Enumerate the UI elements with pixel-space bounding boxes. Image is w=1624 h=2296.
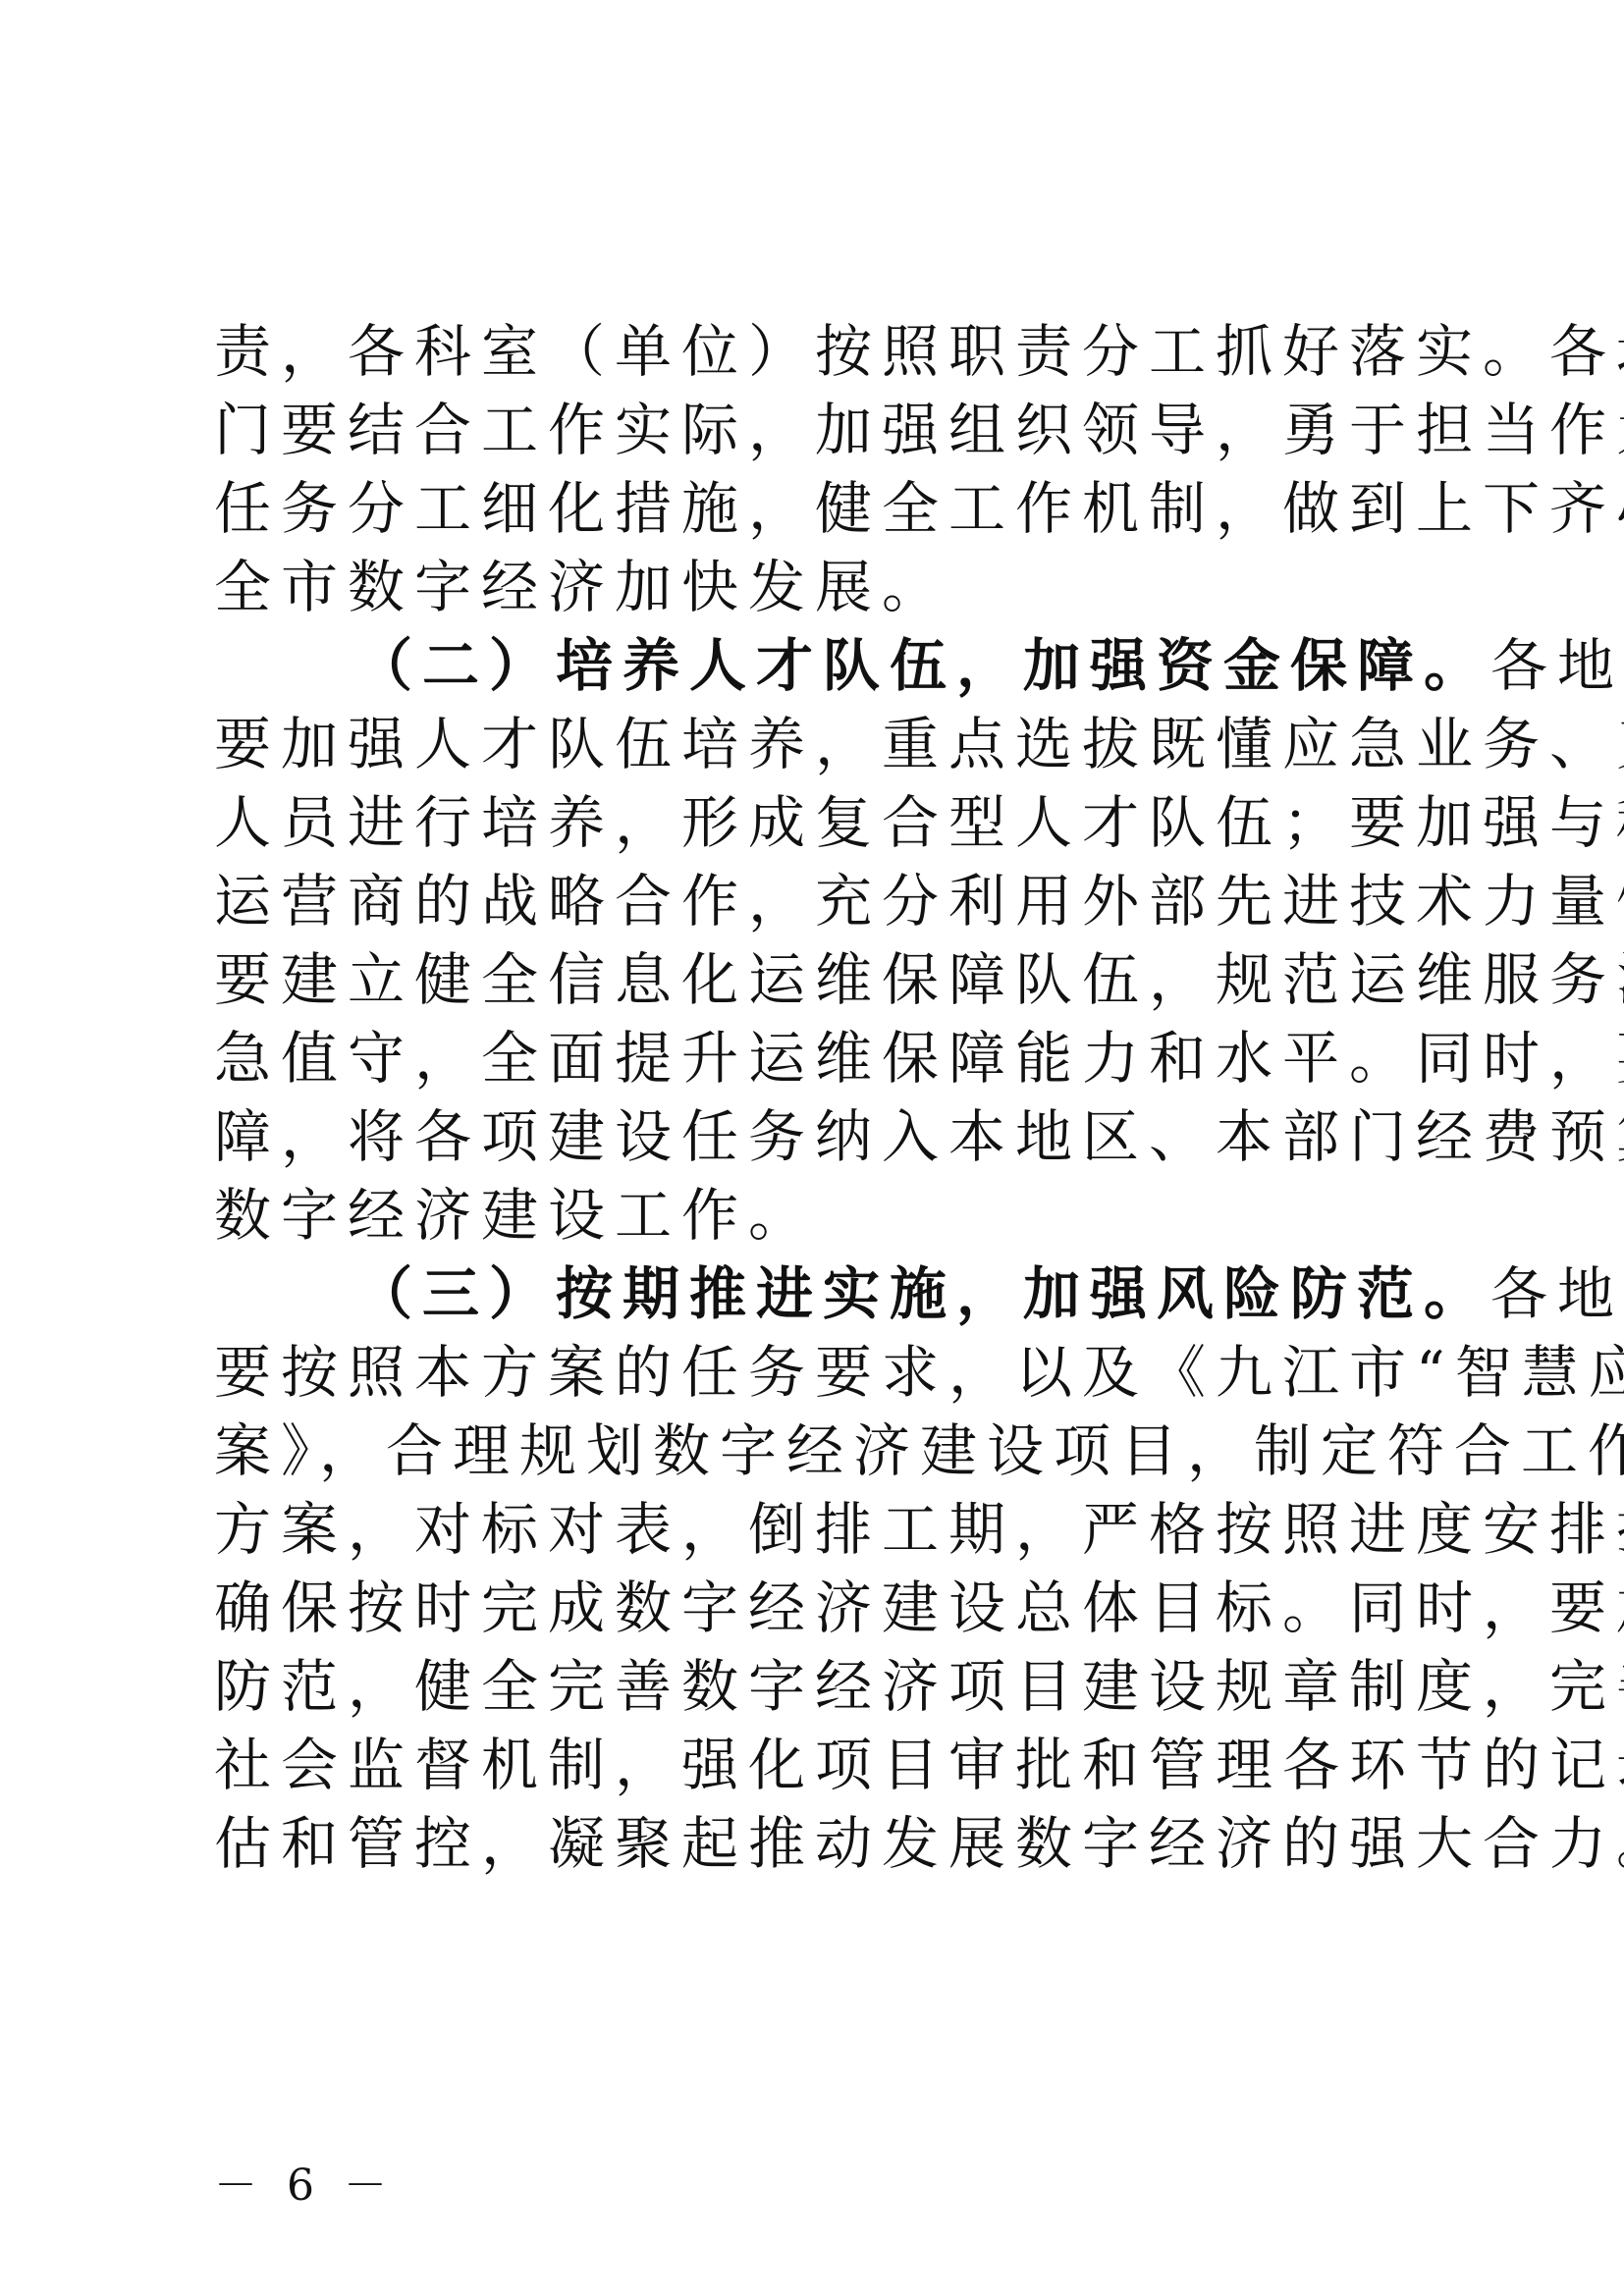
text-line: 运营商的战略合作，充分利用外部先进技术力量做强数字经济； bbox=[214, 862, 1418, 940]
text-line: 社会监督机制，强化项目审批和管理各环节的记录、巡查、评 bbox=[214, 1726, 1418, 1804]
text-line: 门要结合工作实际，加强组织领导，勇于担当作为，按照方案 bbox=[214, 391, 1418, 469]
document-page: 责，各科室（单位）按照职责分工抓好落实。各地应急管理部 门要结合工作实际，加强组… bbox=[0, 0, 1624, 2296]
text-line: 任务分工细化措施，健全工作机制，做到上下齐心协力，推动 bbox=[214, 469, 1418, 548]
section-3-heading: （三）按期推进实施，加强风险防范。 bbox=[355, 1260, 1490, 1327]
text-line: 方案，对标对表，倒排工期，严格按照进度安排推进各项工作， bbox=[214, 1490, 1418, 1569]
text-fragment: 各地、各责任单位 bbox=[1490, 632, 1624, 699]
section-2-heading: （二）培养人才队伍，加强资金保障。 bbox=[355, 632, 1490, 699]
text-line: 案》，合理规划数字经济建设项目，制定符合工作实际的工作 bbox=[214, 1412, 1418, 1490]
text-line: 要按照本方案的任务要求，以及《九江市“智慧应急”建设方 bbox=[214, 1333, 1418, 1412]
text-line: 全市数字经济加快发展。 bbox=[214, 548, 1418, 626]
section-2-first-line: （二）培养人才队伍，加强资金保障。各地、各责任单位 bbox=[214, 626, 1418, 705]
text-line: 数字经济建设工作。 bbox=[214, 1176, 1418, 1255]
text-line: 要建立健全信息化运维保障队伍，规范运维服务流程，强化应 bbox=[214, 940, 1418, 1019]
text-line: 估和管控，凝聚起推动发展数字经济的强大合力。 bbox=[214, 1804, 1418, 1883]
page-number: － 6 － bbox=[214, 2150, 395, 2213]
text-line: 人员进行培养，形成复合型人才队伍；要加强与移动、电信等 bbox=[214, 783, 1418, 862]
text-line: 防范，健全完善数字经济项目建设规章制度，完善公众参与和 bbox=[214, 1647, 1418, 1726]
text-line: 急值守，全面提升运维保障能力和水平。同时，要加强资金保 bbox=[214, 1019, 1418, 1097]
section-3-first-line: （三）按期推进实施，加强风险防范。各地、各责任单位 bbox=[214, 1255, 1418, 1333]
text-fragment: 各地、各责任单位 bbox=[1490, 1260, 1624, 1327]
document-body: 责，各科室（单位）按照职责分工抓好落实。各地应急管理部 门要结合工作实际，加强组… bbox=[214, 312, 1418, 1883]
text-line: 障，将各项建设任务纳入本地区、本部门经费预算，扎实推进 bbox=[214, 1097, 1418, 1176]
text-line: 责，各科室（单位）按照职责分工抓好落实。各地应急管理部 bbox=[214, 312, 1418, 391]
text-line: 确保按时完成数字经济建设总体目标。同时，要加强廉政风险 bbox=[214, 1569, 1418, 1647]
text-line: 要加强人才队伍培养，重点选拔既懂应急业务、又懂信息化的 bbox=[214, 705, 1418, 783]
